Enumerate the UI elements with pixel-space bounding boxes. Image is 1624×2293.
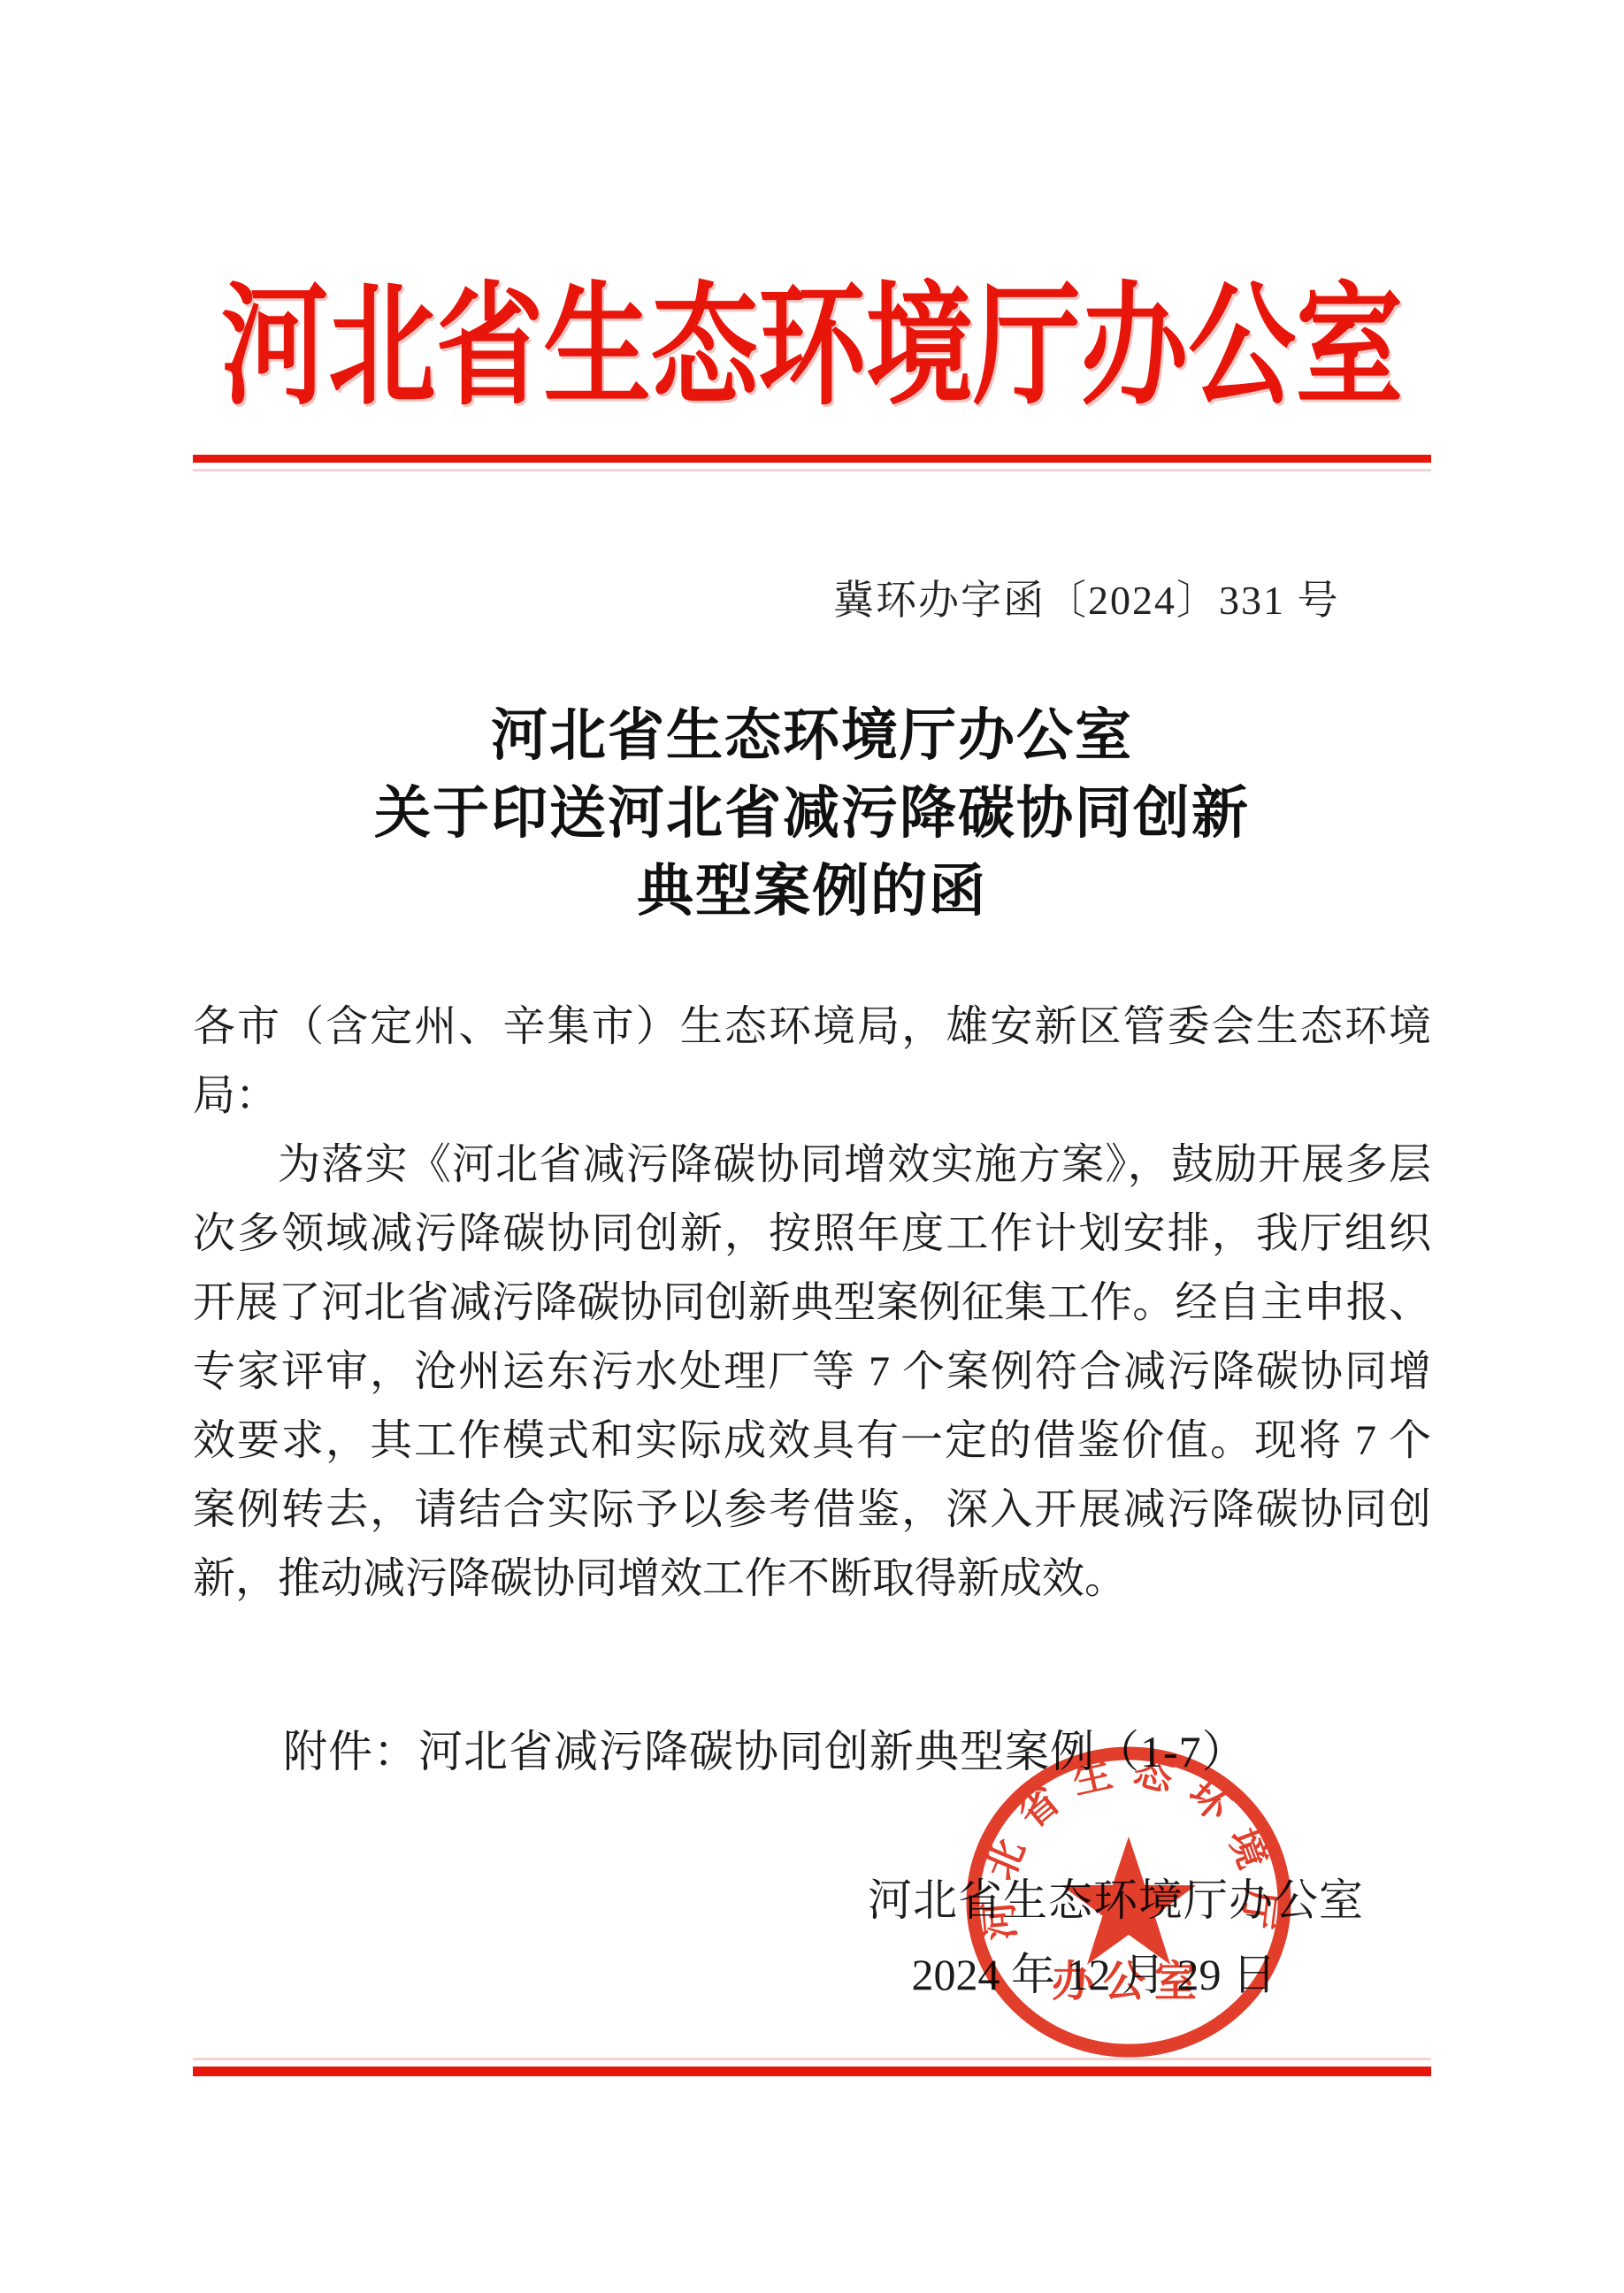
body-line: 效要求，其工作模式和实际成效具有一定的借鉴价值。现将 7 个 xyxy=(193,1407,1431,1476)
body-line: 开展了河北省减污降碳协同创新典型案例征集工作。经自主申报、 xyxy=(193,1269,1431,1338)
seal-bottom-text: 办公室 xyxy=(1052,1959,1206,2005)
document-number: 冀环办字函〔2024〕331 号 xyxy=(833,568,1340,626)
official-letter-page: 河北省生态环境厅办公室 冀环办字函〔2024〕331 号 河北省生态环境厅办公室… xyxy=(0,0,1624,2293)
body-line: 各市（含定州、辛集市）生态环境局，雄安新区管委会生态环境 xyxy=(193,993,1431,1062)
body-line: 案例转去，请结合实际予以参考借鉴，深入开展减污降碳协同创 xyxy=(193,1476,1431,1545)
document-title-line: 典型案例的函 xyxy=(0,853,1624,931)
body-line: 新，推动减污降碳协同增效工作不断取得新成效。 xyxy=(193,1545,1431,1614)
body-line: 次多领域减污降碳协同创新，按照年度工作计划安排，我厅组织 xyxy=(193,1200,1431,1269)
footer-rule-faint xyxy=(193,2058,1431,2060)
document-title: 河北省生态环境厅办公室 关于印送河北省减污降碳协同创新 典型案例的函 xyxy=(0,697,1624,931)
document-title-line: 河北省生态环境厅办公室 xyxy=(0,697,1624,775)
body-line: 局： xyxy=(193,1062,1431,1131)
document-title-line: 关于印送河北省减污降碳协同创新 xyxy=(0,775,1624,853)
red-star-icon xyxy=(1061,1837,1196,1965)
footer-rule-thick xyxy=(193,2067,1431,2076)
official-seal: 河北省生态环境厅 办公室 xyxy=(958,1737,1301,2068)
masthead-title: 河北省生态环境厅办公室 xyxy=(154,272,1469,423)
body-line: 为落实《河北省减污降碳协同增效实施方案》，鼓励开展多层 xyxy=(193,1131,1431,1200)
body-line: 专家评审，沧州运东污水处理厂等 7 个案例符合减污降碳协同增 xyxy=(193,1338,1431,1407)
masthead-rule-thick xyxy=(193,455,1431,463)
masthead-rule-faint xyxy=(193,469,1431,472)
body-text: 各市（含定州、辛集市）生态环境局，雄安新区管委会生态环境 局： 为落实《河北省减… xyxy=(193,993,1431,1614)
